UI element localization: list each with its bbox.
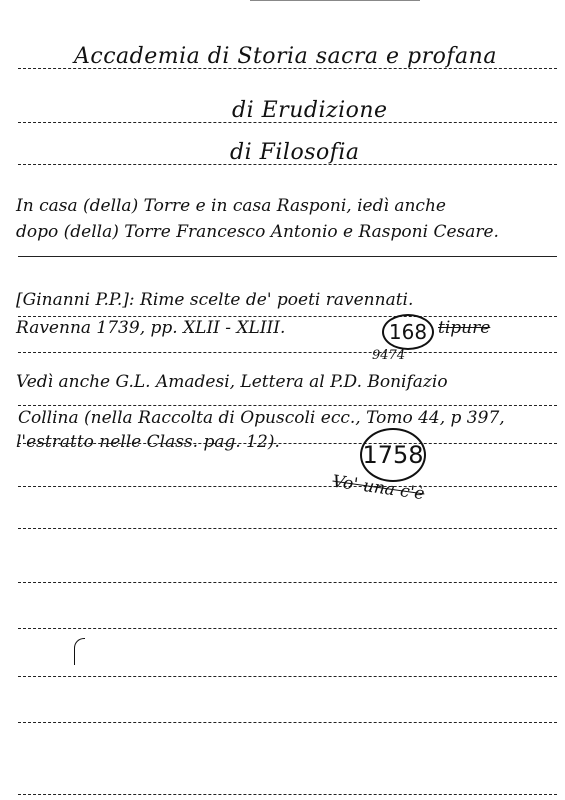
heading-line-3: di Filosofia: [230, 140, 360, 165]
heading-line-2: di Erudizione: [232, 98, 388, 123]
circled-number: 168: [382, 314, 434, 350]
note-line-1: Vedì anche G.L. Amadesi, Lettera al P.D.…: [16, 372, 448, 392]
reference-line-2: Ravenna 1739, pp. XLII - XLIII.: [16, 318, 285, 338]
heading-line-1: Accademia di Storia sacra e profana: [74, 44, 497, 69]
ruled-line: [18, 628, 557, 629]
location-line-1: In casa (della) Torre e in casa Rasponi,…: [16, 196, 446, 216]
circled-year: 1758: [360, 428, 426, 482]
ruled-line: [18, 582, 557, 583]
location-line-2: dopo (della) Torre Francesco Antonio e R…: [16, 222, 499, 242]
ruled-line: [18, 405, 557, 406]
struck-word: tipure: [438, 318, 490, 338]
note-line-2: Collina (nella Raccolta di Opuscoli ecc.…: [18, 408, 505, 428]
ruled-line: [18, 352, 557, 353]
ruled-line: [18, 528, 557, 529]
pen-mark: [74, 638, 85, 665]
sub-number: 9474: [372, 348, 405, 363]
ruled-line: [18, 256, 557, 257]
ruled-line: [18, 722, 557, 723]
note-line-3: l'estratto nelle Class. pag. 12).: [16, 432, 280, 452]
ruled-line: [18, 486, 557, 487]
ruled-line: [18, 676, 557, 677]
scan-edge: [250, 0, 420, 1]
ruled-line: [18, 316, 557, 317]
ruled-line: [18, 794, 557, 795]
reference-line-1: [Ginanni P.P.]: Rime scelte de' poeti ra…: [16, 290, 413, 310]
